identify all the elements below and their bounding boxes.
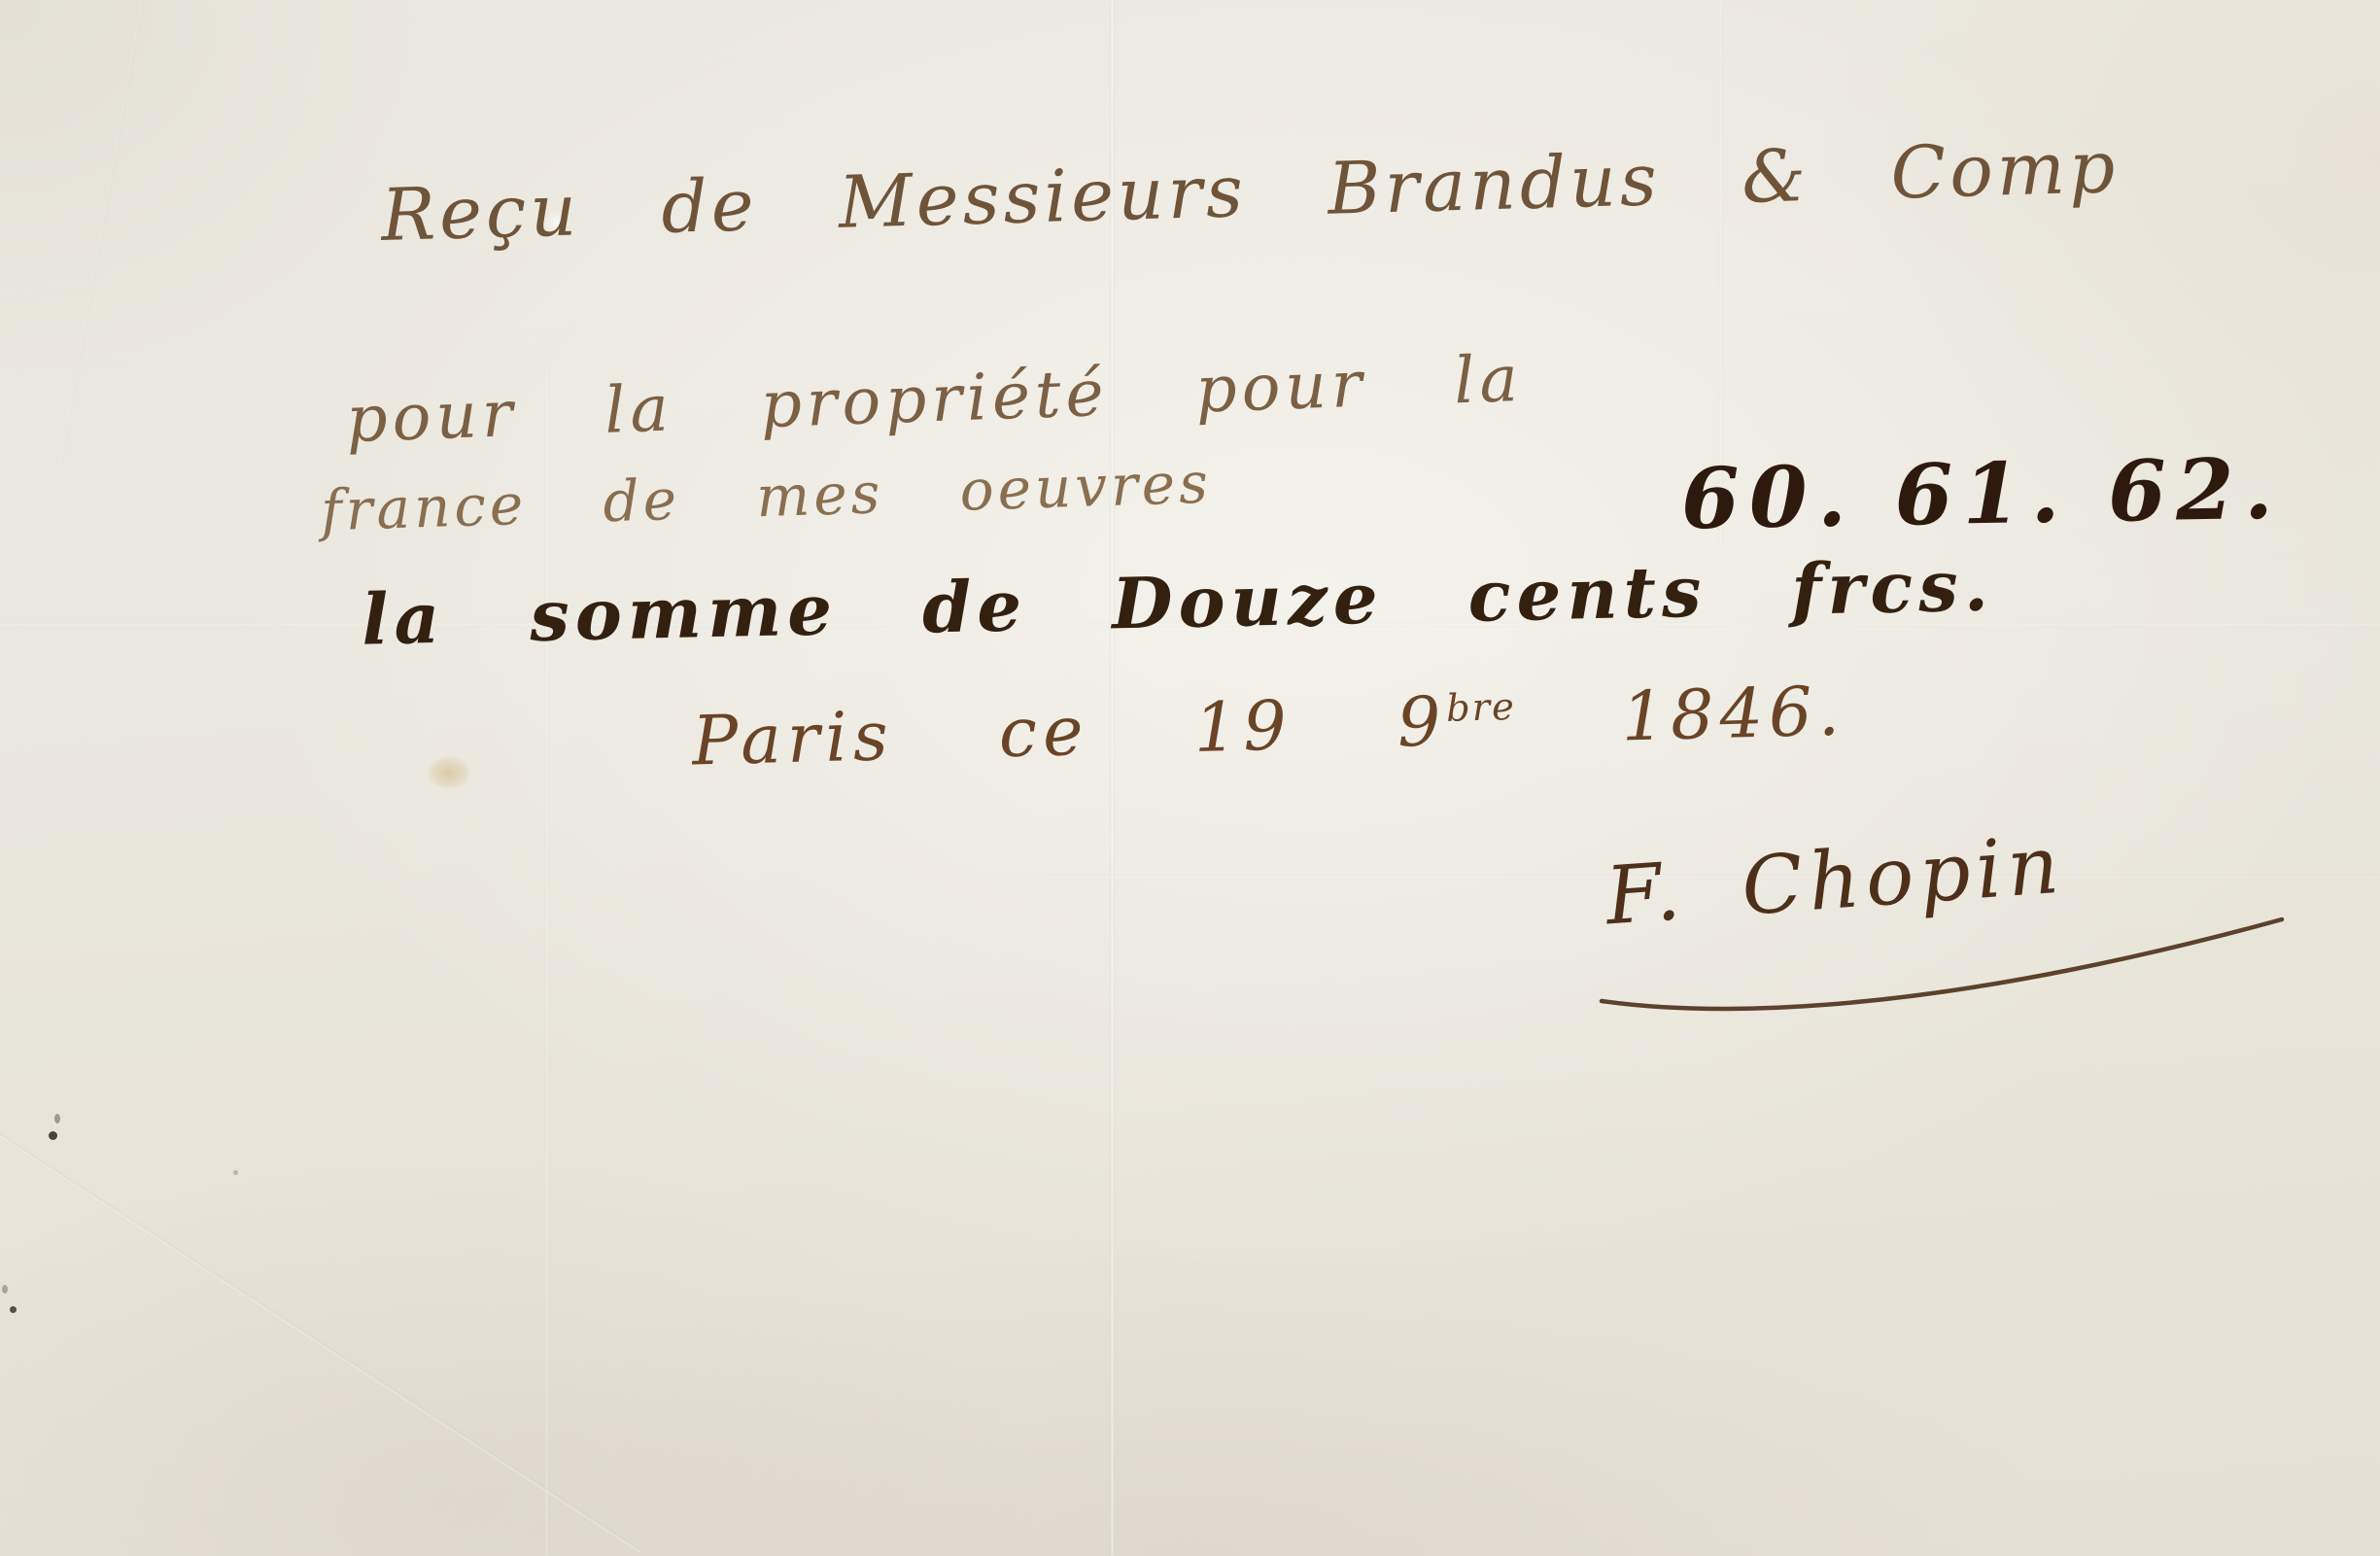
manuscript-page: Reçu de Messieurs Brandus & Comp pour la… xyxy=(0,0,2380,1556)
signature-text: F. Chopin xyxy=(1603,819,2067,944)
date-superscript: bre xyxy=(1445,685,1516,731)
date-part1: Paris ce 19 9 xyxy=(691,681,1447,780)
signature: F. Chopin xyxy=(1604,826,2067,938)
line4-text: la somme de Douze cents frcs. xyxy=(361,543,1994,660)
handwriting-line-property: pour la propriété pour la xyxy=(345,347,1524,452)
line3-dark-text: 60. 61. 62. xyxy=(1680,440,2283,549)
ink-speck xyxy=(2,1285,8,1294)
fold-crease-vertical-left xyxy=(544,369,549,1556)
ink-speck xyxy=(49,1131,57,1140)
fold-crease-diagonal-top-left xyxy=(57,0,146,468)
ink-speck xyxy=(10,1306,17,1313)
handwriting-line-date: Paris ce 19 9bre 1846. xyxy=(691,676,1845,775)
date-part2: 1846. xyxy=(1620,671,1845,756)
handwriting-line-sum: la somme de Douze cents frcs. xyxy=(361,550,1994,654)
line2-text: pour la propriété pour la xyxy=(345,341,1524,457)
ink-speck xyxy=(54,1114,60,1124)
handwriting-line-works-light: france de mes oeuvres xyxy=(320,455,1212,539)
paper-speck xyxy=(233,1170,238,1175)
paper-stain xyxy=(428,756,470,789)
fold-crease-diagonal-corner xyxy=(0,1127,642,1554)
line3-light-text: france de mes oeuvres xyxy=(320,450,1213,544)
line1-text: Reçu de Messieurs Brandus & Comp xyxy=(380,125,2120,258)
handwriting-line-receipt: Reçu de Messieurs Brandus & Comp xyxy=(380,131,2120,252)
handwriting-opus-numbers: 60. 61. 62. xyxy=(1680,448,2283,542)
